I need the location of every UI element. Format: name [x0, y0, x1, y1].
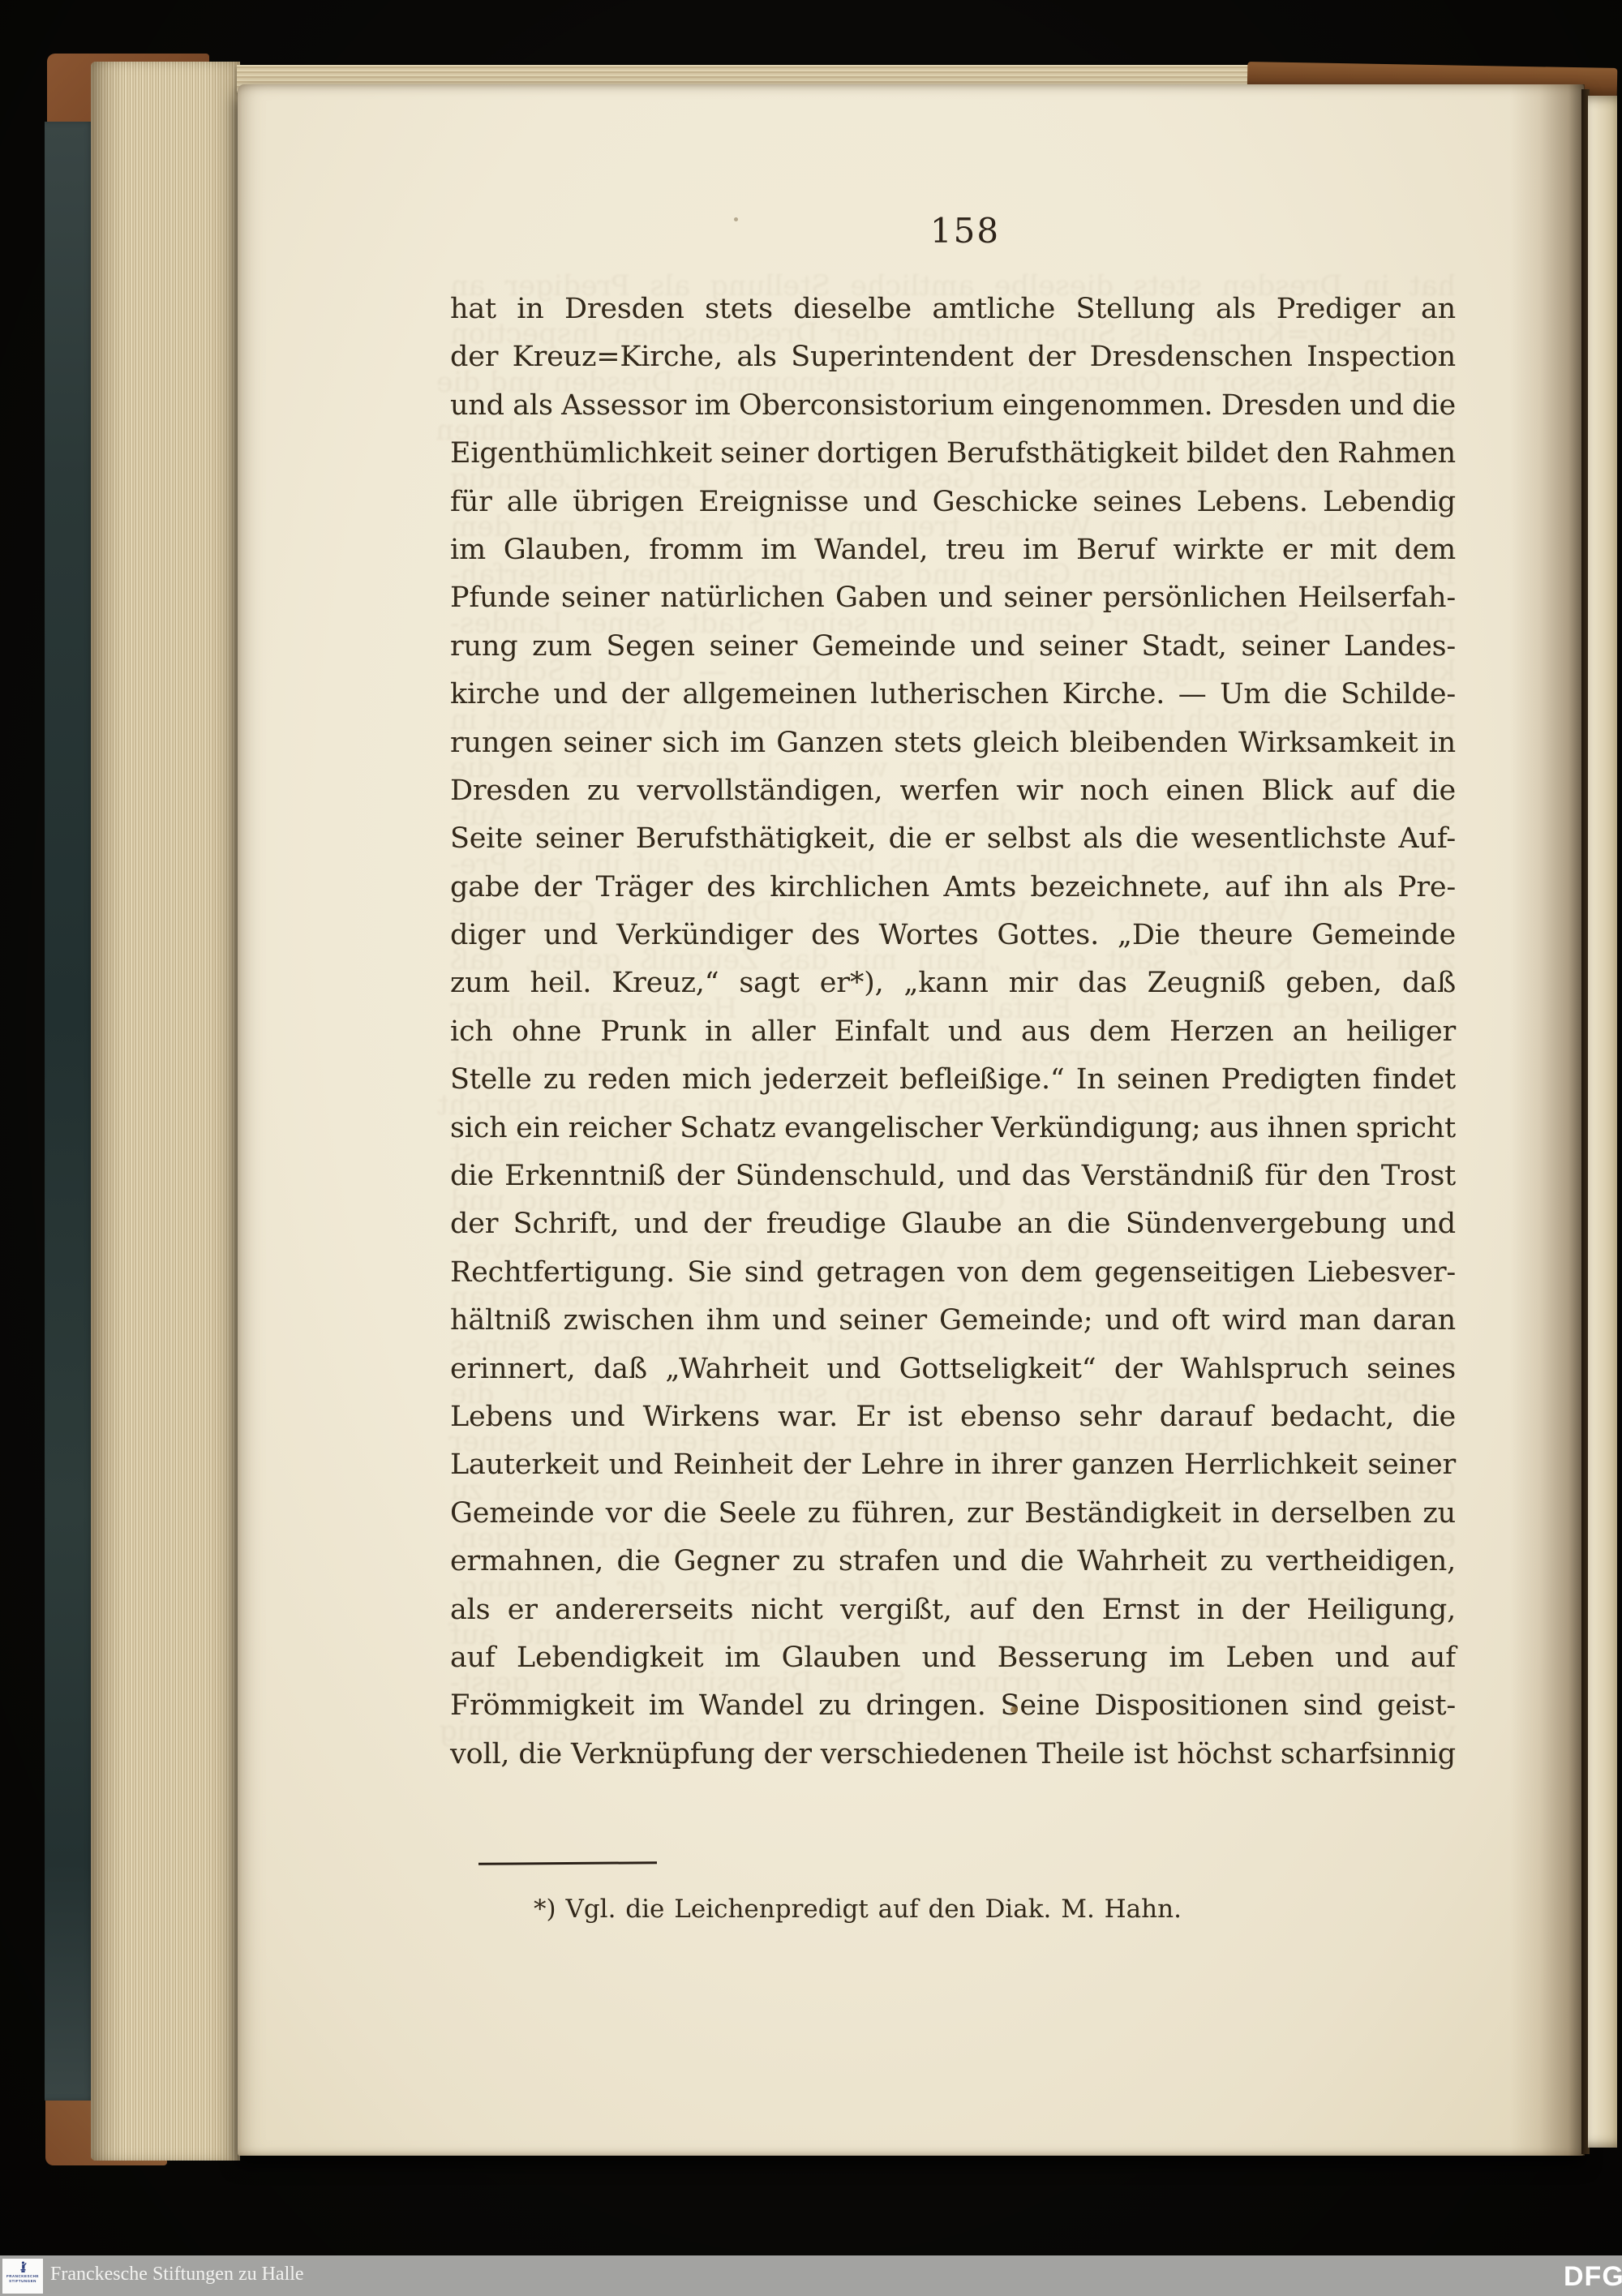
text-line: für alle übrigen Ereignisse und Geschick…	[450, 479, 1456, 526]
dfg-logo: DFG	[1564, 2261, 1622, 2293]
footnote-text: *) Vgl. die Leichenpredigt auf den Diak.…	[534, 1895, 1345, 1924]
paper-stain-speck	[1011, 1706, 1018, 1713]
text-line: zum heil. Kreuz,“ sagt er*), „kann mir d…	[450, 959, 1456, 1007]
facing-page-sliver	[1588, 96, 1617, 2148]
text-line: Lauterkeit und Reinheit der Lehre in ihr…	[450, 1441, 1456, 1489]
institution-name-label: Franckesche Stiftungen zu Halle	[50, 2264, 304, 2285]
text-line: Frömmigkeit im Wandel zu dringen. Seine …	[450, 1682, 1456, 1730]
text-line: sich ein reicher Schatz evangelischer Ve…	[450, 1105, 1456, 1152]
text-line: rungen seiner sich im Ganzen stets gleic…	[450, 719, 1456, 767]
text-line: hältniß zwischen ihm und seiner Gemeinde…	[450, 1297, 1456, 1345]
text-line: ermahnen, die Gegner zu strafen und die …	[450, 1538, 1456, 1586]
text-line: kirche und der allgemeinen lutherischen …	[450, 671, 1456, 719]
text-line: voll, die Verknüpfung der verschiedenen …	[450, 1731, 1456, 1779]
text-line: rung zum Segen seiner Gemeinde und seine…	[450, 623, 1456, 671]
text-line: Lebens und Wirkens war. Er ist ebenso se…	[450, 1393, 1456, 1441]
text-line: der Schrift, und der freudige Glaube an …	[450, 1200, 1456, 1248]
text-line: der Kreuz=Kirche, als Superintendent der…	[450, 333, 1456, 381]
text-line: als er andererseits nicht vergißt, auf d…	[450, 1586, 1456, 1634]
text-line: Eigenthümlichkeit seiner dortigen Berufs…	[450, 430, 1456, 478]
text-line: erinnert, daß „Wahrheit und Gottseligkei…	[450, 1345, 1456, 1393]
text-line: Stelle zu reden mich jederzeit befleißig…	[450, 1056, 1456, 1104]
page-gutter-shadow	[1510, 84, 1585, 2156]
text-line: ich ohne Prunk in aller Einfalt und aus …	[450, 1008, 1456, 1056]
page-stack-left-edge	[91, 62, 240, 2161]
franckesche-stiftungen-logo: FRANCKESCHE STIFTUNGEN	[2, 2259, 43, 2294]
text-line: Rechtfertigung. Sie sind getragen von de…	[450, 1249, 1456, 1297]
text-line: im Glauben, fromm im Wandel, treu im Ber…	[450, 526, 1456, 574]
book-cover-edge-left	[45, 122, 95, 2101]
text-line: diger und Verkündiger des Wortes Gottes.…	[450, 912, 1456, 959]
text-line: gabe der Träger des kirchlichen Amts bez…	[450, 864, 1456, 912]
text-line: Seite seiner Berufsthätigkeit, die er se…	[450, 815, 1456, 863]
text-line: die Erkenntniß der Sündenschuld, und das…	[450, 1152, 1456, 1200]
logo-text-line2: STIFTUNGEN	[9, 2279, 36, 2284]
text-line: Pfunde seiner natürlichen Gaben und sein…	[450, 574, 1456, 622]
body-text-block: hat in Dresden stets dieselbe amtliche S…	[450, 285, 1456, 1779]
text-line: auf Lebendigkeit im Glauben und Besserun…	[450, 1634, 1456, 1682]
text-line: und als Assessor im Oberconsistorium ein…	[450, 382, 1456, 430]
francke-statue-icon	[16, 2260, 30, 2274]
paper-stain-speck	[734, 217, 738, 221]
text-line: hat in Dresden stets dieselbe amtliche S…	[450, 285, 1456, 333]
page-number: 158	[892, 211, 1038, 251]
text-line: Gemeinde vor die Seele zu führen, zur Be…	[450, 1490, 1456, 1538]
text-line: Dresden zu vervollständigen, werfen wir …	[450, 767, 1456, 815]
